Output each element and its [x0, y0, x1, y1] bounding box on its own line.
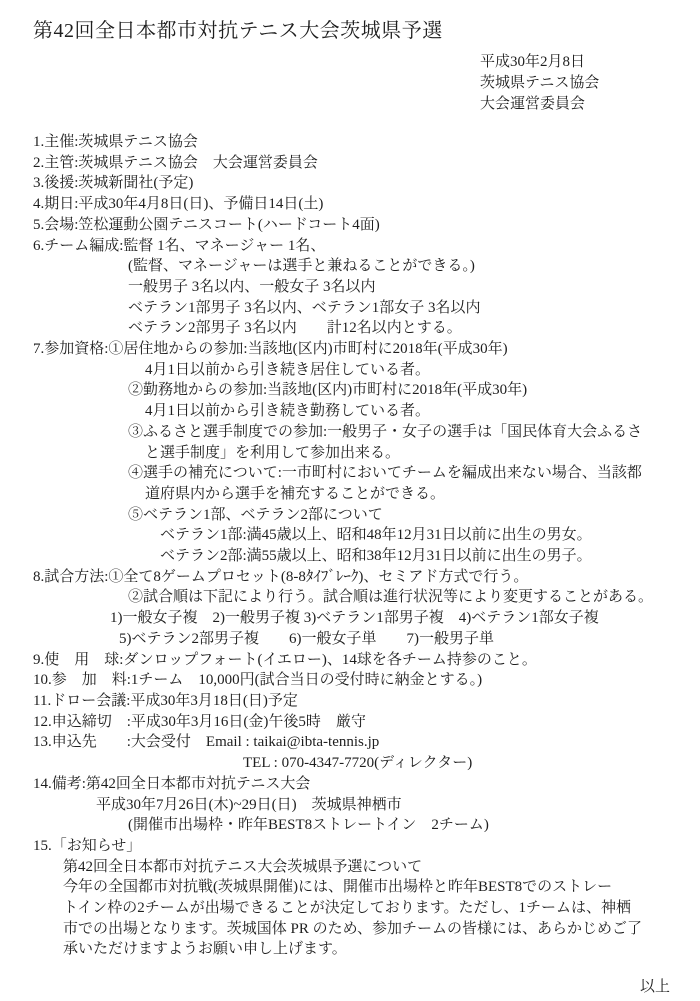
text-line: ③ふるさと選手制度での参加:一般男子・女子の選手は「国民体育大会ふるさ	[33, 422, 672, 443]
text-line: ベテラン1部:満45歳以上、昭和48年12月31日以前に出生の男女。	[33, 525, 672, 546]
text-line: 13.申込先 :大会受付 Email : taikai@ibta-tennis.…	[33, 732, 672, 753]
text-line: 2.主管:茨城県テニス協会 大会運営委員会	[33, 153, 672, 174]
closing-mark: 以上	[33, 977, 672, 998]
text-line: 9.使 用 球:ダンロップフォート(イエロー)、14球を各チーム持参のこと。	[33, 650, 672, 671]
text-line: 今年の全国都市対抗戦(茨城県開催)には、開催市出場枠と昨年BEST8でのストレー	[33, 877, 672, 898]
text-line: ⑤ベテラン1部、ベテラン2部について	[33, 505, 672, 526]
text-line: ベテラン1部男子 3名以内、ベテラン1部女子 3名以内	[33, 298, 672, 319]
issuing-committee: 大会運営委員会	[480, 94, 672, 115]
text-line: 11.ドロー会議:平成30年3月18日(日)予定	[33, 691, 672, 712]
issuing-organization: 茨城県テニス協会	[480, 73, 672, 94]
document-body: 1.主催:茨城県テニス協会2.主管:茨城県テニス協会 大会運営委員会3.後援:茨…	[33, 132, 672, 960]
text-line: 1.主催:茨城県テニス協会	[33, 132, 672, 153]
text-line: ベテラン2部男子 3名以内 計12名以内とする。	[33, 318, 672, 339]
text-line: ベテラン2部:満55歳以上、昭和38年12月31日以前に出生の男子。	[33, 546, 672, 567]
text-line: 一般男子 3名以内、一般女子 3名以内	[33, 277, 672, 298]
document-title: 第42回全日本都市対抗テニス大会茨城県予選	[33, 16, 672, 46]
text-line: 4.期日:平成30年4月8日(日)、予備日14日(土)	[33, 194, 672, 215]
text-line: 4月1日以前から引き続き居住している者。	[33, 360, 672, 381]
text-line: 第42回全日本都市対抗テニス大会茨城県予選について	[33, 857, 672, 878]
text-line: 6.チーム編成:監督 1名、マネージャー 1名、	[33, 236, 672, 257]
document-date: 平成30年2月8日	[480, 52, 672, 73]
text-line: 8.試合方法:①全て8ゲームプロセット(8-8ﾀｲﾌﾞﾚｰｸ)、セミアド方式で行…	[33, 567, 672, 588]
text-line: 平成30年7月26日(木)~29日(日) 茨城県神栖市	[33, 795, 672, 816]
text-line: 5)ベテラン2部男子複 6)一般女子単 7)一般男子単	[33, 629, 672, 650]
text-line: 市での出場となります。茨城国体 PR のため、参加チームの皆様には、あらかじめご…	[33, 919, 672, 940]
text-line: (開催市出場枠・昨年BEST8ストレートイン 2チーム)	[33, 815, 672, 836]
text-line: 10.参 加 料:1チーム 10,000円(試合当日の受付時に納金とする。)	[33, 670, 672, 691]
text-line: 5.会場:笠松運動公園テニスコート(ハードコート4面)	[33, 215, 672, 236]
text-line: 1)一般女子複 2)一般男子複 3)ベテラン1部男子複 4)ベテラン1部女子複	[33, 608, 672, 629]
document-page: 第42回全日本都市対抗テニス大会茨城県予選 平成30年2月8日 茨城県テニス協会…	[0, 0, 700, 1001]
text-line: 承いただけますようお願い申し上げます。	[33, 939, 672, 960]
text-line: 14.備考:第42回全日本都市対抗テニス大会	[33, 774, 672, 795]
text-line: ②勤務地からの参加:当該地(区内)市町村に2018年(平成30年)	[33, 380, 672, 401]
text-line: (監督、マネージャーは選手と兼ねることができる。)	[33, 256, 672, 277]
text-line: 道府県内から選手を補充することができる。	[33, 484, 672, 505]
text-line: 3.後援:茨城新聞社(予定)	[33, 173, 672, 194]
text-line: 15.「お知らせ」	[33, 836, 672, 857]
text-line: ④選手の補充について:一市町村においてチームを編成出来ない場合、当該都	[33, 463, 672, 484]
text-line: と選手制度」を利用して参加出来る。	[33, 443, 672, 464]
header-right-block: 平成30年2月8日 茨城県テニス協会 大会運営委員会	[480, 52, 672, 115]
text-line: トイン枠の2チームが出場できることが決定しております。ただし、1チームは、神栖	[33, 898, 672, 919]
text-line: TEL : 070-4347-7720(ディレクター)	[33, 753, 672, 774]
text-line: 12.申込締切 :平成30年3月16日(金)午後5時 厳守	[33, 712, 672, 733]
text-line: 7.参加資格:①居住地からの参加:当該地(区内)市町村に2018年(平成30年)	[33, 339, 672, 360]
text-line: 4月1日以前から引き続き勤務している者。	[33, 401, 672, 422]
text-line: ②試合順は下記により行う。試合順は進行状況等により変更することがある。	[33, 587, 672, 608]
